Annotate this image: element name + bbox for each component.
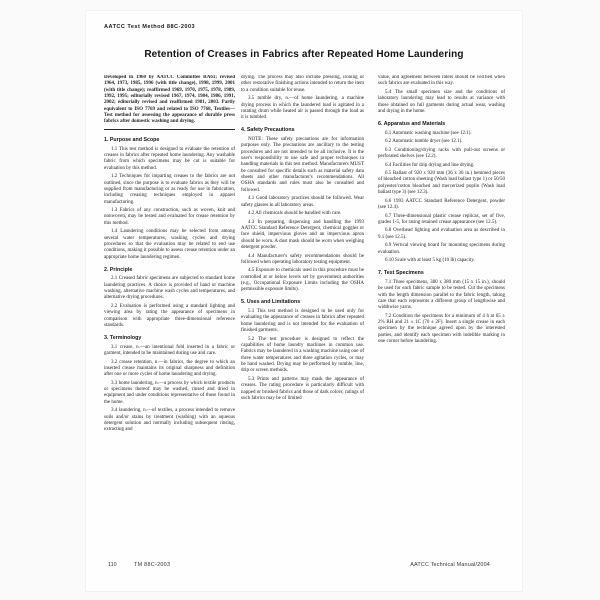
body-paragraph: 1.4 Laundering conditions may be selecte… <box>104 229 235 261</box>
body-paragraph: 7.1 Three specimens, 380 x 380 mm (15 x … <box>378 280 505 312</box>
section-heading: 4. Safety Precautions <box>241 127 364 133</box>
section-heading: 7. Test Specimens <box>378 270 505 276</box>
body-paragraph: 3.4 laundering, n.—of textiles, a proces… <box>104 408 235 433</box>
section-heading: 6. Apparatus and Materials <box>378 121 505 127</box>
body-paragraph: 5.2 The test procedure is designed to re… <box>241 337 364 375</box>
body-paragraph: 5.1 This test method is designed to be u… <box>241 309 364 334</box>
body-paragraph: 1.1 This test method is designed to eval… <box>104 147 235 172</box>
foreword-divider-rule <box>104 129 235 130</box>
body-paragraph: NOTE: These safety precautions are for i… <box>241 137 364 194</box>
section-heading: 3. Terminology <box>104 335 235 341</box>
body-paragraph: 4.1 Good laboratory practices should be … <box>241 196 364 209</box>
foreword-history-paragraph: Developed in 1960 by AATCC Committee RA6… <box>104 75 235 126</box>
body-paragraph: value, and agreement between raters shou… <box>378 75 505 88</box>
footer-method-ref: TM 88C-2003 <box>134 562 170 568</box>
text-column-2: drying. The process may also include pre… <box>241 75 364 569</box>
body-paragraph: 2.1 Creased fabric specimens are subject… <box>104 276 235 301</box>
body-paragraph: 3.3 home laundering, n.—a process by whi… <box>104 381 235 406</box>
body-paragraph: drying. The process may also include pre… <box>241 75 364 94</box>
footer-manual-ref: AATCC Technical Manual/2004 <box>410 562 490 568</box>
body-paragraph: 6.5 Ballast of 920 x 920 mm (36 x 36 in.… <box>378 171 505 196</box>
section-heading: 5. Uses and Limitations <box>241 299 364 305</box>
body-paragraph: 6.1 Automatic washing machine (see 12.1)… <box>378 131 505 137</box>
page-title: Retention of Creases in Fabrics after Re… <box>86 49 522 60</box>
body-paragraph: 5.4 The small specimen size and the cond… <box>378 90 505 115</box>
body-paragraph: 6.2 Automatic tumble dryer (see 12.1). <box>378 139 505 145</box>
body-paragraph: 4.2 All chemicals should be handled with… <box>241 211 364 217</box>
text-column-3: value, and agreement between raters shou… <box>378 75 505 569</box>
body-paragraph: 6.3 Conditioning/drying racks with pull-… <box>378 148 505 161</box>
body-paragraph: 3.2 crease retention, n.—in fabrics, the… <box>104 360 235 379</box>
body-paragraph: 7.2 Condition the specimens for a minimu… <box>378 314 505 346</box>
body-paragraph: 4.5 Exposure to chemicals used in this p… <box>241 268 364 293</box>
body-paragraph: 4.4 Manufacturer's safety recommendation… <box>241 254 364 267</box>
body-paragraph: 5.3 Prints and patterns may mask the app… <box>241 377 364 402</box>
body-paragraph: 6.7 Three-dimensional plastic crease rep… <box>378 214 505 227</box>
body-paragraph: 4.3 In preparing, dispensing and handlin… <box>241 220 364 252</box>
body-paragraph: 2.2 Evaluation is performed using a stan… <box>104 304 235 329</box>
body-paragraph: 6.10 Scale with at least 5 kg (10 lb) ca… <box>378 258 505 264</box>
text-column-1: Developed in 1960 by AATCC Committee RA6… <box>104 75 235 569</box>
body-paragraph: 6.9 Vertical viewing board for mounting … <box>378 243 505 256</box>
body-paragraph: 1.2 Techniques for imparting creases to … <box>104 174 235 206</box>
body-paragraph: 6.8 Overhead lighting and evaluation are… <box>378 228 505 241</box>
method-id-header: AATCC Test Method 88C-2003 <box>104 24 195 30</box>
body-paragraph: 6.6 1993 AATCC Standard Reference Deterg… <box>378 199 505 212</box>
document-page: AATCC Test Method 88C-2003 Retention of … <box>85 10 523 592</box>
body-paragraph: 6.4 Facilities for drip drying and line … <box>378 163 505 169</box>
body-paragraph: 1.3 Fabrics of any construction, such as… <box>104 208 235 227</box>
body-paragraph: 3.1 crease, n.—an intentional fold inser… <box>104 345 235 358</box>
body-paragraph: 3.5 tumble dry, n.—of home laundering, a… <box>241 96 364 121</box>
section-heading: 2. Principle <box>104 267 235 273</box>
footer-page-number: 110 <box>108 562 117 568</box>
screenshot-canvas: AATCC Test Method 88C-2003 Retention of … <box>0 0 600 600</box>
section-heading: 1. Purpose and Scope <box>104 137 235 143</box>
